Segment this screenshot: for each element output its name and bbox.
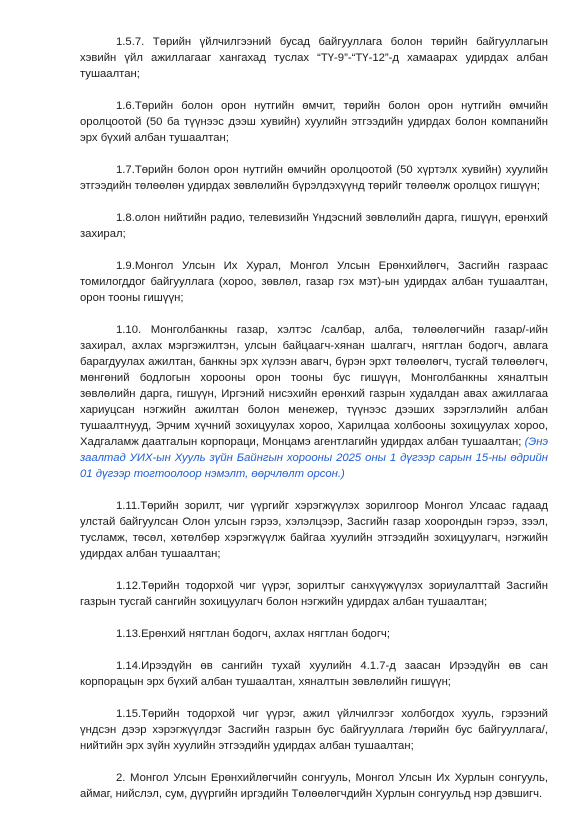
paragraph-1-5-7: 1.5.7. Төрийн үйлчилгээний бусад байгуул…	[80, 34, 548, 82]
paragraph-text: 1.6.Төрийн болон орон нутгийн өмчит, төр…	[80, 100, 548, 144]
paragraph-1-7: 1.7.Төрийн болон орон нутгийн өмчийн оро…	[80, 162, 548, 194]
paragraph-text: 1.12.Төрийн тодорхой чиг үүрэг, зорилтыг…	[80, 580, 548, 608]
paragraph-1-15: 1.15.Төрийн тодорхой чиг үүрэг, ажил үйл…	[80, 706, 548, 754]
paragraph-text: 1.10. Монголбанкны газар, хэлтэс /салбар…	[80, 324, 548, 448]
paragraph-text: 1.14.Ирээдүйн өв сангийн тухай хуулийн 4…	[80, 660, 548, 688]
paragraph-text: 1.8.олон нийтийн радио, телевизийн Үндэс…	[80, 212, 548, 240]
paragraph-1-6: 1.6.Төрийн болон орон нутгийн өмчит, төр…	[80, 98, 548, 146]
paragraph-1-13: 1.13.Ерөнхий нягтлан бодогч, ахлах нягтл…	[80, 626, 548, 642]
paragraph-1-14: 1.14.Ирээдүйн өв сангийн тухай хуулийн 4…	[80, 658, 548, 690]
paragraph-text: 1.15.Төрийн тодорхой чиг үүрэг, ажил үйл…	[80, 708, 548, 752]
paragraph-text: 1.11.Төрийн зорилт, чиг үүргийг хэрэгжүү…	[80, 500, 548, 560]
paragraph-1-11: 1.11.Төрийн зорилт, чиг үүргийг хэрэгжүү…	[80, 498, 548, 562]
paragraph-1-10: 1.10. Монголбанкны газар, хэлтэс /салбар…	[80, 322, 548, 482]
paragraph-2: 2. Монгол Улсын Ерөнхийлөгчийн сонгууль,…	[80, 770, 548, 802]
paragraph-text: 2. Монгол Улсын Ерөнхийлөгчийн сонгууль,…	[80, 772, 548, 800]
paragraph-text: 1.7.Төрийн болон орон нутгийн өмчийн оро…	[80, 164, 548, 192]
paragraph-1-8: 1.8.олон нийтийн радио, телевизийн Үндэс…	[80, 210, 548, 242]
paragraph-text: 1.9.Монгол Улсын Их Хурал, Монгол Улсын …	[80, 260, 548, 304]
paragraph-1-9: 1.9.Монгол Улсын Их Хурал, Монгол Улсын …	[80, 258, 548, 306]
paragraph-text: 1.5.7. Төрийн үйлчилгээний бусад байгуул…	[80, 36, 548, 80]
document-page: 1.5.7. Төрийн үйлчилгээний бусад байгуул…	[80, 34, 548, 818]
paragraph-1-12: 1.12.Төрийн тодорхой чиг үүрэг, зорилтыг…	[80, 578, 548, 610]
paragraph-text: 1.13.Ерөнхий нягтлан бодогч, ахлах нягтл…	[116, 628, 390, 640]
